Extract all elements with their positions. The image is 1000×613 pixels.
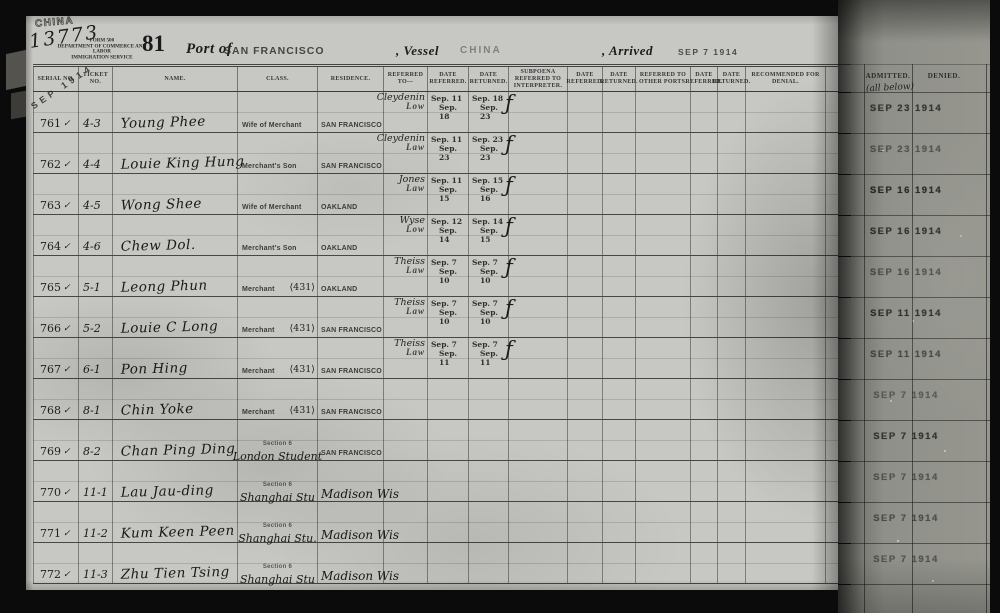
cell-referred-to xyxy=(383,379,427,419)
cell-date-referred: Sep. 7Sep. 10 xyxy=(427,256,468,296)
ledger-row: 766✓5-2Louie C LongMerchant⟨431⟩SAN FRAN… xyxy=(33,297,838,338)
date-returned-line2: Sep. 10 xyxy=(472,267,508,285)
cell-date-returned: Sep. 7Sep. 10ƒ xyxy=(468,256,508,296)
cell-serial-no: 763✓ xyxy=(33,174,78,214)
cell-referred-to: JonesLaw xyxy=(383,174,427,214)
date-returned-line1: Sep. 18 xyxy=(472,94,508,103)
admitted-date-stamp: SEP 7 1914 xyxy=(860,554,952,565)
cell-date-referred-2 xyxy=(567,215,602,255)
cell-date-returned: Sep. 14Sep. 15ƒ xyxy=(468,215,508,255)
cell-recommended-denial xyxy=(745,297,825,337)
cell-date-referred: Sep. 12Sep. 14 xyxy=(427,215,468,255)
column-header-date_returned2: Date Returned. xyxy=(602,67,635,91)
cell-date-referred xyxy=(427,461,468,501)
cell-date-referred-2 xyxy=(567,502,602,542)
date-referred-line1: Sep. 7 xyxy=(431,299,468,308)
cell-date-returned: Sep. 7Sep. 10ƒ xyxy=(468,297,508,337)
cell-ticket-no: 11-2 xyxy=(78,502,112,542)
cell-referred-to: WyseLow xyxy=(383,215,427,255)
cell-date-referred: Sep. 11Sep. 18 xyxy=(427,92,468,132)
cell-other-ports xyxy=(635,133,690,173)
cell-recommended-denial xyxy=(745,133,825,173)
date-referred-line2: Sep. 11 xyxy=(431,349,468,367)
cell-date-returned-3 xyxy=(717,338,745,378)
admitted-date-stamp: SEP 23 1914 xyxy=(860,144,952,155)
passenger-name-handwritten: Zhu Tien Tsing xyxy=(113,564,230,583)
column-header-label: Serial No. xyxy=(37,76,74,83)
cell-recommended-denial xyxy=(745,461,825,501)
serial-number: 770 xyxy=(40,486,61,499)
interpreter-stamp: Law xyxy=(406,348,425,357)
cell-ticket-no: 4-3 xyxy=(78,92,112,132)
cell-date-referred-3 xyxy=(690,502,717,542)
cell-serial-no: 768✓ xyxy=(33,379,78,419)
cell-name: Louie C Long xyxy=(112,297,237,337)
cell-residence: OAKLAND xyxy=(317,174,383,214)
cell-date-referred-3 xyxy=(690,338,717,378)
cell-date-returned-2 xyxy=(602,338,635,378)
class-code-annotation: ⟨431⟩ xyxy=(289,405,315,416)
section6-stamp: Section 6 xyxy=(263,482,292,488)
cell-date-returned-2 xyxy=(602,379,635,419)
cell-recommended-denial xyxy=(745,256,825,296)
cell-subpoena-interpreter xyxy=(508,379,567,419)
vessel-stamp: CHINA xyxy=(460,45,502,56)
cell-serial-no: 767✓ xyxy=(33,338,78,378)
cell-date-returned-2 xyxy=(602,461,635,501)
class-handwritten: Shanghai Stu xyxy=(240,573,315,586)
row-rule xyxy=(838,461,990,462)
cell-class: Merchant⟨431⟩ xyxy=(237,379,317,419)
cell-residence: Madison Wis xyxy=(317,543,383,583)
cell-ticket-no: 5-2 xyxy=(78,297,112,337)
cell-date-referred: Sep. 7Sep. 11 xyxy=(427,338,468,378)
class-handwritten: Shanghai Stu. xyxy=(238,532,317,545)
checkmark-icon: ✓ xyxy=(63,324,71,334)
cell-subpoena-interpreter xyxy=(508,92,567,132)
clerk-flourish-mark: ƒ xyxy=(505,257,513,277)
ticket-number-handwritten: 11-3 xyxy=(79,568,108,581)
class-code-annotation: ⟨431⟩ xyxy=(289,364,315,375)
admitted-date-stamp: SEP 11 1914 xyxy=(860,349,952,360)
clerk-flourish-mark: ƒ xyxy=(505,175,513,195)
cell-ticket-no: 4-6 xyxy=(78,215,112,255)
cell-subpoena-interpreter xyxy=(508,543,567,583)
cell-date-referred-2 xyxy=(567,174,602,214)
checkmark-icon: ✓ xyxy=(63,570,71,580)
cell-name: Wong Shee xyxy=(112,174,237,214)
cell-gutter xyxy=(825,502,838,542)
checkmark-icon: ✓ xyxy=(63,283,71,293)
admitted-date-stamp: SEP 23 1914 xyxy=(860,103,952,114)
scanned-ledger-sheet: CHINA 13773 FORM 500 DEPARTMENT OF COMME… xyxy=(0,0,1000,613)
clerk-flourish-mark: ƒ xyxy=(505,298,513,318)
serial-number: 765 xyxy=(40,281,61,294)
admitted-denied-section: Admitted. Denied. (all below) SEP 23 191… xyxy=(838,0,990,613)
checkmark-icon: ✓ xyxy=(63,447,71,457)
cell-class: Merchant⟨431⟩ xyxy=(237,256,317,296)
cell-ticket-no: 8-1 xyxy=(78,379,112,419)
ledger-rows: 761✓4-3Young PheeWife of MerchantSAN FRA… xyxy=(33,92,838,584)
cell-date-returned-2 xyxy=(602,256,635,296)
cell-date-returned xyxy=(468,543,508,583)
class-stamp: Merchant xyxy=(242,286,275,293)
residence-stamp: OAKLAND xyxy=(321,204,357,211)
cell-date-referred-2 xyxy=(567,92,602,132)
section6-stamp: Section 6 xyxy=(263,441,292,447)
ledger-row: 772✓11-3Zhu Tien TsingSection 6Shanghai … xyxy=(33,543,838,584)
cell-date-returned xyxy=(468,461,508,501)
cell-recommended-denial xyxy=(745,215,825,255)
cell-residence: SAN FRANCISCO xyxy=(317,379,383,419)
ticket-number-handwritten: 4-5 xyxy=(79,199,101,212)
cell-date-returned-3 xyxy=(717,461,745,501)
cell-date-referred-3 xyxy=(690,133,717,173)
interpreter-stamp: Law xyxy=(406,184,425,193)
row-rule xyxy=(838,92,990,93)
cell-date-returned-3 xyxy=(717,543,745,583)
serial-number: 764 xyxy=(40,240,61,253)
cell-serial-no: 762✓ xyxy=(33,133,78,173)
column-header-residence: RESIDENCE. xyxy=(317,67,383,91)
column-header-admitted: Admitted. xyxy=(864,72,912,80)
cell-recommended-denial xyxy=(745,174,825,214)
column-header-gutter xyxy=(825,67,838,91)
date-referred-line2: Sep. 14 xyxy=(431,226,468,244)
cell-other-ports xyxy=(635,502,690,542)
ledger-row: 762✓4-4Louie King HungMerchant's SonSAN … xyxy=(33,133,838,174)
cell-gutter xyxy=(825,461,838,501)
residence-handwritten: Madison Wis xyxy=(321,487,399,501)
column-header-ticket: Ticket No. xyxy=(78,67,112,91)
cell-date-returned-3 xyxy=(717,420,745,460)
cell-name: Zhu Tien Tsing xyxy=(112,543,237,583)
cell-referred-to: TheissLaw xyxy=(383,256,427,296)
cell-subpoena-interpreter xyxy=(508,297,567,337)
cell-gutter xyxy=(825,297,838,337)
cell-name: Chew Dol. xyxy=(112,215,237,255)
class-handwritten: London Student xyxy=(233,450,322,463)
cell-date-referred-3 xyxy=(690,461,717,501)
cell-date-referred-2 xyxy=(567,297,602,337)
passenger-name-handwritten: Louie King Hung xyxy=(113,154,245,173)
column-header-label: CLASS. xyxy=(266,76,289,83)
cell-name: Young Phee xyxy=(112,92,237,132)
cell-residence: SAN FRANCISCO xyxy=(317,297,383,337)
checkmark-icon: ✓ xyxy=(63,119,71,129)
cell-other-ports xyxy=(635,461,690,501)
cell-ticket-no: 8-2 xyxy=(78,420,112,460)
ticket-number-handwritten: 8-1 xyxy=(79,404,101,417)
binding-edge-tab xyxy=(6,50,26,90)
cell-date-returned-3 xyxy=(717,174,745,214)
checkmark-icon: ✓ xyxy=(63,365,71,375)
serial-number: 767 xyxy=(40,363,61,376)
residence-handwritten: Madison Wis xyxy=(321,569,399,583)
cell-date-referred: Sep. 11Sep. 15 xyxy=(427,174,468,214)
cell-class: Section 6London Student xyxy=(237,420,317,460)
cell-serial-no: 761✓ xyxy=(33,92,78,132)
cell-date-referred-3 xyxy=(690,174,717,214)
cell-ticket-no: 5-1 xyxy=(78,256,112,296)
cell-date-returned-3 xyxy=(717,502,745,542)
cell-referred-to: TheissLaw xyxy=(383,338,427,378)
cell-recommended-denial xyxy=(745,502,825,542)
cell-serial-no: 766✓ xyxy=(33,297,78,337)
admitted-date-stamp: SEP 7 1914 xyxy=(860,431,952,442)
cell-date-referred-2 xyxy=(567,133,602,173)
admitted-date-stamp: SEP 7 1914 xyxy=(860,472,952,483)
form-imprint: FORM 500 DEPARTMENT OF COMMERCE AND LABO… xyxy=(56,38,148,60)
cell-recommended-denial xyxy=(745,92,825,132)
date-returned-line1: Sep. 7 xyxy=(472,340,508,349)
cell-subpoena-interpreter xyxy=(508,338,567,378)
cell-other-ports xyxy=(635,543,690,583)
class-stamp: Wife of Merchant xyxy=(242,204,302,211)
residence-stamp: SAN FRANCISCO xyxy=(321,327,382,334)
cell-date-returned-2 xyxy=(602,215,635,255)
ticket-number-handwritten: 4-4 xyxy=(79,158,101,171)
cell-referred-to: CleydeninLow xyxy=(383,92,427,132)
date-returned-line2: Sep. 10 xyxy=(472,308,508,326)
class-stamp: Merchant xyxy=(242,409,275,416)
cell-residence: SAN FRANCISCO xyxy=(317,92,383,132)
cell-subpoena-interpreter xyxy=(508,502,567,542)
cell-recommended-denial xyxy=(745,420,825,460)
row-rule xyxy=(838,338,990,339)
date-referred-line1: Sep. 11 xyxy=(431,176,468,185)
cell-residence: SAN FRANCISCO xyxy=(317,338,383,378)
column-header-label: Referred to Other Ports. xyxy=(637,72,689,86)
class-stamp: Wife of Merchant xyxy=(242,122,302,129)
cell-other-ports xyxy=(635,92,690,132)
serial-number: 762 xyxy=(40,158,61,171)
cell-date-referred: Sep. 11Sep. 23 xyxy=(427,133,468,173)
cell-subpoena-interpreter xyxy=(508,461,567,501)
serial-number: 768 xyxy=(40,404,61,417)
cell-gutter xyxy=(825,338,838,378)
ledger-row: 770✓11-1Lau Jau-dingSection 6Shanghai St… xyxy=(33,461,838,502)
class-handwritten: Shanghai Stu xyxy=(240,491,315,504)
column-header-label: Date Returned. xyxy=(600,72,638,86)
class-code-annotation: ⟨431⟩ xyxy=(289,282,315,293)
checkmark-icon: ✓ xyxy=(63,160,71,170)
cell-class: Section 6Shanghai Stu. xyxy=(237,502,317,542)
cell-date-returned: Sep. 23Sep. 23ƒ xyxy=(468,133,508,173)
cell-subpoena-interpreter xyxy=(508,420,567,460)
cell-date-returned-2 xyxy=(602,133,635,173)
cell-other-ports xyxy=(635,256,690,296)
residence-stamp: OAKLAND xyxy=(321,245,357,252)
imprint-service-line: IMMIGRATION SERVICE xyxy=(56,55,148,61)
cell-subpoena-interpreter xyxy=(508,256,567,296)
cell-referred-to: TheissLaw xyxy=(383,297,427,337)
checkmark-icon: ✓ xyxy=(63,242,71,252)
column-header-label: Recommended for Denial. xyxy=(747,72,824,86)
passenger-name-handwritten: Wong Shee xyxy=(113,196,203,214)
cell-subpoena-interpreter xyxy=(508,215,567,255)
interpreter-stamp: Law xyxy=(406,266,425,275)
serial-number: 772 xyxy=(40,568,61,581)
column-headers: Serial No.Ticket No.NAME.CLASS.RESIDENCE… xyxy=(33,64,838,92)
column-header-label: Ticket No. xyxy=(80,72,111,86)
cell-date-returned: Sep. 7Sep. 11ƒ xyxy=(468,338,508,378)
cell-date-referred-3 xyxy=(690,543,717,583)
cell-date-referred-3 xyxy=(690,256,717,296)
ticket-number-handwritten: 4-3 xyxy=(79,117,101,130)
date-returned-line2: Sep. 11 xyxy=(472,349,508,367)
admitted-date-stamp: SEP 16 1914 xyxy=(860,185,952,196)
cell-recommended-denial xyxy=(745,543,825,583)
row-rule xyxy=(838,543,990,544)
residence-stamp: SAN FRANCISCO xyxy=(321,450,382,457)
cell-date-referred-2 xyxy=(567,338,602,378)
cell-other-ports xyxy=(635,215,690,255)
passenger-name-handwritten: Leong Phun xyxy=(113,278,208,296)
admitted-date-stamp: SEP 7 1914 xyxy=(860,513,952,524)
arrived-date-stamp: SEP 7 1914 xyxy=(678,47,738,57)
ledger-row: 761✓4-3Young PheeWife of MerchantSAN FRA… xyxy=(33,92,838,133)
cell-gutter xyxy=(825,420,838,460)
passenger-name-handwritten: Young Phee xyxy=(113,114,206,132)
cell-class: Merchant's Son xyxy=(237,215,317,255)
cell-name: Lau Jau-ding xyxy=(112,461,237,501)
cell-class: Merchant⟨431⟩ xyxy=(237,297,317,337)
cell-name: Louie King Hung xyxy=(112,133,237,173)
cell-residence: OAKLAND xyxy=(317,256,383,296)
cell-date-returned xyxy=(468,502,508,542)
cell-date-referred-3 xyxy=(690,420,717,460)
cell-name: Chin Yoke xyxy=(112,379,237,419)
cell-serial-no: 769✓ xyxy=(33,420,78,460)
ticket-number-handwritten: 6-1 xyxy=(79,363,101,376)
date-referred-line2: Sep. 18 xyxy=(431,103,468,121)
date-referred-line2: Sep. 10 xyxy=(431,267,468,285)
cell-serial-no: 772✓ xyxy=(33,543,78,583)
clerk-flourish-mark: ƒ xyxy=(505,134,513,154)
cell-subpoena-interpreter xyxy=(508,133,567,173)
cell-date-referred-2 xyxy=(567,256,602,296)
cell-serial-no: 770✓ xyxy=(33,461,78,501)
date-referred-line2: Sep. 23 xyxy=(431,144,468,162)
cell-serial-no: 764✓ xyxy=(33,215,78,255)
cell-date-returned-3 xyxy=(717,256,745,296)
residence-stamp: OAKLAND xyxy=(321,286,357,293)
date-referred-line1: Sep. 7 xyxy=(431,340,468,349)
date-returned-line2: Sep. 15 xyxy=(472,226,508,244)
cell-name: Pon Hing xyxy=(112,338,237,378)
cell-name: Kum Keen Peen xyxy=(112,502,237,542)
column-header-denied: Denied. xyxy=(914,72,974,80)
column-header-denial: Recommended for Denial. xyxy=(745,67,825,91)
date-returned-line1: Sep. 23 xyxy=(472,135,508,144)
ledger-row: 765✓5-1Leong PhunMerchant⟨431⟩OAKLANDThe… xyxy=(33,256,838,297)
admitted-date-stamp: SEP 7 1914 xyxy=(860,390,952,401)
column-header-date_referred: Date Referred. xyxy=(427,67,468,91)
date-referred-line2: Sep. 15 xyxy=(431,185,468,203)
cell-date-referred-3 xyxy=(690,215,717,255)
row-rule xyxy=(838,420,990,421)
cell-date-returned xyxy=(468,379,508,419)
cell-date-referred-2 xyxy=(567,379,602,419)
row-rule xyxy=(838,215,990,216)
arrived-label: , Arrived xyxy=(602,43,653,59)
cell-date-returned-3 xyxy=(717,92,745,132)
passenger-name-handwritten: Lau Jau-ding xyxy=(113,482,214,501)
date-returned-line1: Sep. 7 xyxy=(472,258,508,267)
cell-name: Leong Phun xyxy=(112,256,237,296)
interpreter-stamp: Low xyxy=(406,225,425,234)
ticket-number-handwritten: 11-1 xyxy=(79,486,108,499)
class-stamp: Merchant's Son xyxy=(242,163,297,170)
class-code-annotation: ⟨431⟩ xyxy=(289,323,315,334)
cell-date-referred-2 xyxy=(567,461,602,501)
cell-residence: OAKLAND xyxy=(317,215,383,255)
ticket-number-handwritten: 11-2 xyxy=(79,527,108,540)
cell-other-ports xyxy=(635,338,690,378)
cell-name: Chan Ping Ding xyxy=(112,420,237,460)
cell-class: Merchant⟨431⟩ xyxy=(237,338,317,378)
cell-date-returned-2 xyxy=(602,92,635,132)
residence-stamp: SAN FRANCISCO xyxy=(321,163,382,170)
cell-gutter xyxy=(825,92,838,132)
cell-other-ports xyxy=(635,379,690,419)
interpreter-stamp: Low xyxy=(406,102,425,111)
imprint-department-line: DEPARTMENT OF COMMERCE AND LABOR xyxy=(56,44,148,55)
date-returned-line1: Sep. 14 xyxy=(472,217,508,226)
date-returned-line2: Sep. 23 xyxy=(472,103,508,121)
cell-date-returned-2 xyxy=(602,174,635,214)
vessel-label: , Vessel xyxy=(396,43,439,59)
cell-date-returned-3 xyxy=(717,215,745,255)
serial-number: 763 xyxy=(40,199,61,212)
cell-date-referred-2 xyxy=(567,420,602,460)
passenger-name-handwritten: Chew Dol. xyxy=(113,237,196,255)
date-referred-line1: Sep. 7 xyxy=(431,258,468,267)
ticket-number-handwritten: 4-6 xyxy=(79,240,101,253)
passenger-name-handwritten: Chin Yoke xyxy=(113,401,194,419)
page-number: 81 xyxy=(142,31,165,57)
cell-other-ports xyxy=(635,174,690,214)
clerk-flourish-mark: ƒ xyxy=(505,93,513,113)
residence-stamp: SAN FRANCISCO xyxy=(321,122,382,129)
passenger-name-handwritten: Pon Hing xyxy=(113,360,188,378)
cell-ticket-no: 4-4 xyxy=(78,133,112,173)
row-rule xyxy=(838,133,990,134)
row-rule xyxy=(838,584,990,585)
serial-number: 761 xyxy=(40,117,61,130)
row-rule xyxy=(838,256,990,257)
cell-other-ports xyxy=(635,420,690,460)
cell-recommended-denial xyxy=(745,338,825,378)
cell-residence: Madison Wis xyxy=(317,461,383,501)
ticket-number-handwritten: 5-2 xyxy=(79,322,101,335)
cell-date-returned: Sep. 18Sep. 23ƒ xyxy=(468,92,508,132)
cell-gutter xyxy=(825,174,838,214)
column-header-label: Date Returned. xyxy=(470,72,508,86)
interpreter-stamp: Law xyxy=(406,307,425,316)
cell-date-returned-2 xyxy=(602,297,635,337)
cell-date-referred xyxy=(427,420,468,460)
ledger-row: 764✓4-6Chew Dol.Merchant's SonOAKLANDWys… xyxy=(33,215,838,256)
checkmark-icon: ✓ xyxy=(63,406,71,416)
row-rule xyxy=(838,379,990,380)
column-header-date_referred2: Date Referred. xyxy=(567,67,602,91)
cell-date-returned xyxy=(468,420,508,460)
column-header-serial: Serial No. xyxy=(33,67,78,91)
interpreter-stamp: Law xyxy=(406,143,425,152)
cell-date-referred-3 xyxy=(690,297,717,337)
